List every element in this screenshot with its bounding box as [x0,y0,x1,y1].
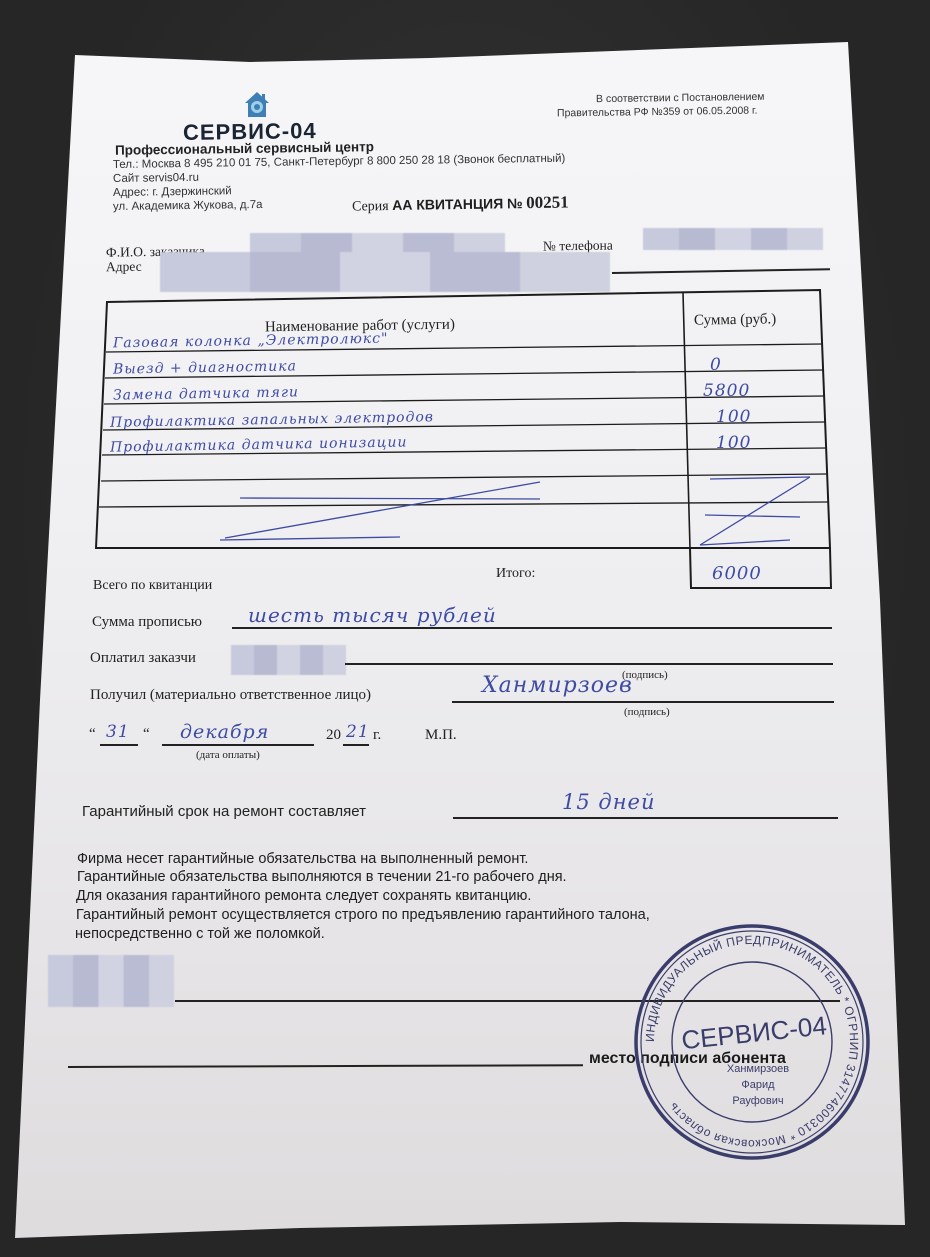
table-row-sum: 5800 [703,381,750,401]
address-redacted [160,252,610,292]
received-label: Получил (материально ответственное лицо) [90,687,371,704]
paid-by-redacted [231,645,346,675]
warranty-value: 15 дней [562,790,656,814]
legal-note-2: Правительства РФ №359 от 06.05.2008 г. [557,105,758,120]
sum-words-value: шесть тысяч рублей [248,603,497,627]
year-prefix: 20 [326,727,341,744]
warranty-term: Гарантийный ремонт осуществляется строго… [76,907,650,923]
warranty-term: Для оказания гарантийного ремонта следуе… [76,888,531,904]
stamp-place: М.П. [425,727,457,744]
warranty-label: Гарантийный срок на ремонт составляет [82,803,366,820]
table-row-sum: 100 [716,407,751,427]
day-underline [100,744,138,746]
subscriber-signature-line [68,1064,583,1068]
total-label: Итого: [496,566,535,582]
house-icon [243,90,271,120]
date-month: декабря [180,721,269,743]
svg-text:Фарид: Фарид [741,1079,775,1091]
table-row-service: Выезд + диагностика [113,358,297,377]
total-receipt-label: Всего по квитанции [93,578,212,594]
total-value: 6000 [712,563,762,584]
series-text: АА КВИТАНЦИЯ № [392,195,523,213]
table-row-service: Газовая колонка „Электролюкс" [113,331,389,352]
table-row-service: Профилактика запальных электродов [110,409,434,431]
table-row-sum: 0 [710,355,722,375]
paid-by-underline [345,663,833,665]
warranty-term: непосредственно с той же поломкой. [75,926,325,942]
receipt-title: Серия АА КВИТАНЦИЯ № 00251 [352,192,569,215]
table-row-sum: 100 [716,433,751,453]
sum-words-underline [232,627,832,629]
legal-note-1: В соответствии с Постановлением [596,91,765,105]
date-open-quote: “ [89,726,96,743]
phone-redacted [643,228,823,250]
contact-address-1: Адрес: г. Дзержинский [113,185,232,199]
address-underline [612,268,830,273]
paid-by-label: Оплатил заказчи [90,650,196,667]
received-underline [452,701,834,703]
signature-hint: (подпись) [624,706,670,718]
receipt-paper: СЕРВИС-04 Профессиональный сервисный цен… [0,0,930,1257]
year-suffix: 21 [346,722,370,742]
date-close-quote: “ [143,726,150,743]
svg-text:СЕРВИС-04: СЕРВИС-04 [680,1010,828,1055]
svg-text:Ханмирзоев: Ханмирзоев [727,1063,789,1075]
warranty-underline [453,817,838,819]
svg-text:Рауфович: Рауфович [732,1095,783,1107]
date-day: 31 [106,722,130,742]
year-underline [343,744,369,746]
table-row-service: Замена датчика тяги [113,384,299,403]
sum-words-label: Сумма прописью [92,614,202,631]
address-label: Адрес [106,259,142,275]
warranty-term: Фирма несет гарантийные обязательства на… [77,851,528,867]
year-unit: г. [373,727,381,744]
series-label: Серия [352,199,389,215]
contact-address-2: ул. Академика Жукова, д.7а [113,199,263,213]
contact-site: Сайт servis04.ru [113,172,199,185]
column-header-sum: Сумма (руб.) [694,311,776,329]
signer-redacted [48,955,174,1007]
company-stamp: ИНДИВИДУАЛЬНЫЙ ПРЕДПРИНИМАТЕЛЬ * ОГРНИП … [632,922,872,1162]
table-row-service: Профилактика датчика ионизации [110,434,408,455]
receipt-number: 00251 [526,192,569,212]
warranty-term: Гарантийные обязательства выполняются в … [77,869,567,885]
received-signature: Ханмирзоев [482,673,633,698]
date-hint: (дата оплаты) [196,749,260,761]
month-underline [162,744,314,746]
